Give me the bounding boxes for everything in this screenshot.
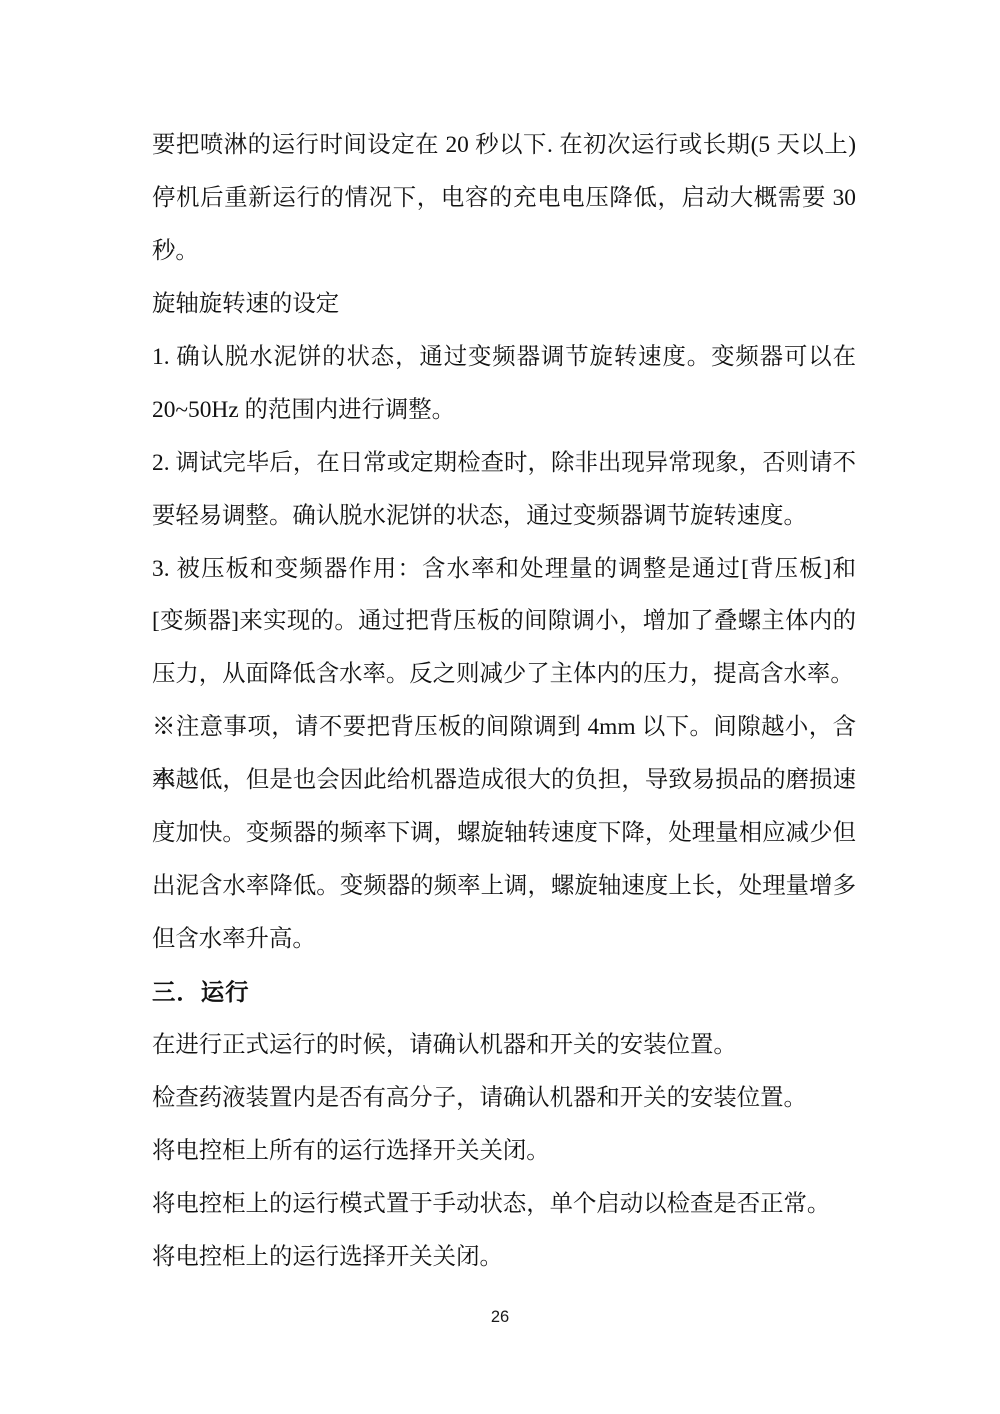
text-line: 率越低，但是也会因此给机器造成很大的负担，导致易损品的磨损速 xyxy=(152,754,856,807)
text-line: 将电控柜上的运行模式置于手动状态，单个启动以检查是否正常。 xyxy=(152,1178,856,1231)
page-number: 26 xyxy=(0,1308,1000,1327)
text-line: 出泥含水率降低。变频器的频率上调，螺旋轴速度上长，处理量增多 xyxy=(152,860,856,913)
text-line: 度加快。变频器的频率下调，螺旋轴转速度下降，处理量相应减少但 xyxy=(152,807,856,860)
text-line: 1. 确认脱水泥饼的状态，通过变频器调节旋转速度。变频器可以在 xyxy=(152,331,856,384)
text-line: 停机后重新运行的情况下，电容的充电电压降低，启动大概需要 30 xyxy=(152,172,856,225)
text-line: 要把喷淋的运行时间设定在 20 秒以下. 在初次运行或长期(5 天以上) xyxy=(152,119,856,172)
text-line: 将电控柜上的运行选择开关关闭。 xyxy=(152,1231,856,1284)
text-line: 检查药液装置内是否有高分子，请确认机器和开关的安装位置。 xyxy=(152,1072,856,1125)
text-line: 在进行正式运行的时候，请确认机器和开关的安装位置。 xyxy=(152,1019,856,1072)
text-line: 秒。 xyxy=(152,225,856,278)
section-heading: 三．运行 xyxy=(152,966,856,1019)
text-line: ※注意事项，请不要把背压板的间隙调到 4mm 以下。间隙越小，含水 xyxy=(152,701,856,754)
subsection-title: 旋轴旋转速的设定 xyxy=(152,278,856,331)
document-body: 要把喷淋的运行时间设定在 20 秒以下. 在初次运行或长期(5 天以上) 停机后… xyxy=(152,119,856,1284)
text-line: 20~50Hz 的范围内进行调整。 xyxy=(152,384,856,437)
text-line: 但含水率升高。 xyxy=(152,913,856,966)
text-line: 要轻易调整。确认脱水泥饼的状态，通过变频器调节旋转速度。 xyxy=(152,490,856,543)
text-line: [变频器]来实现的。通过把背压板的间隙调小，增加了叠螺主体内的 xyxy=(152,595,856,648)
document-page: 要把喷淋的运行时间设定在 20 秒以下. 在初次运行或长期(5 天以上) 停机后… xyxy=(0,0,1000,1414)
text-line: 3. 被压板和变频器作用：含水率和处理量的调整是通过[背压板]和 xyxy=(152,543,856,596)
text-line: 将电控柜上所有的运行选择开关关闭。 xyxy=(152,1125,856,1178)
text-line: 2. 调试完毕后，在日常或定期检查时，除非出现异常现象，否则请不 xyxy=(152,437,856,490)
text-line: 压力，从面降低含水率。反之则减少了主体内的压力，提高含水率。 xyxy=(152,648,856,701)
